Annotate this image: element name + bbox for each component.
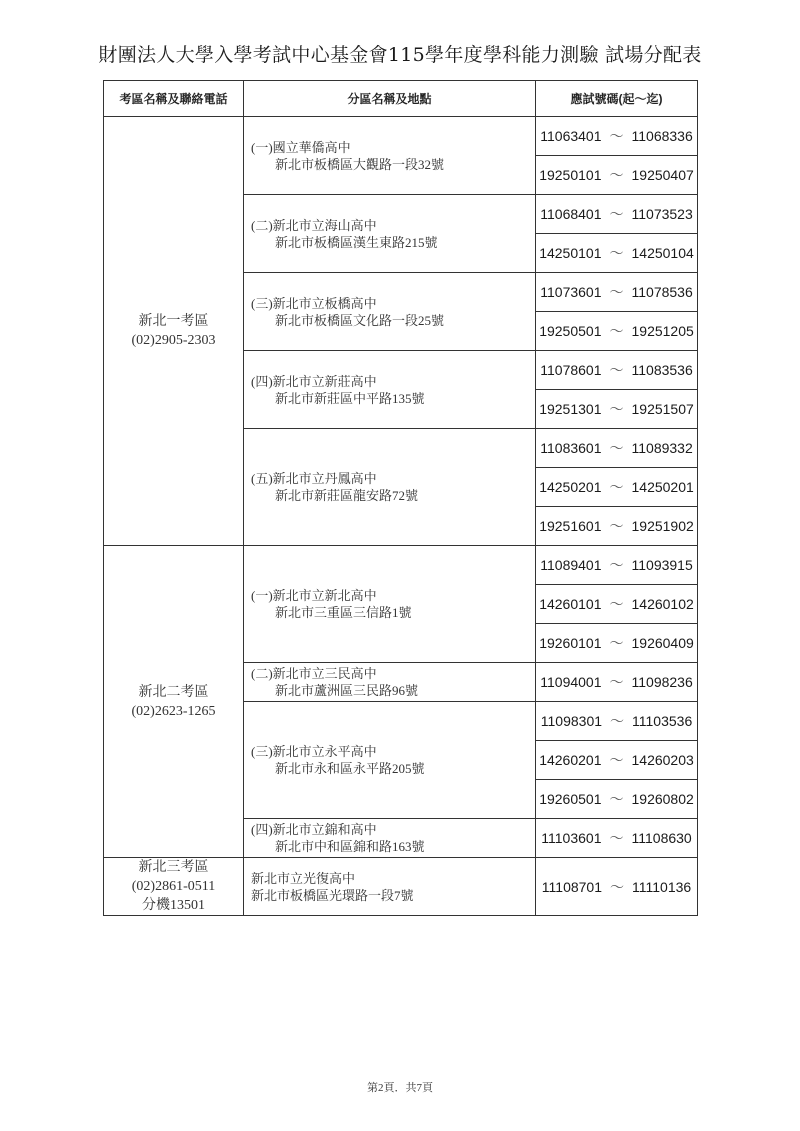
range-start: 19250501 <box>539 323 601 339</box>
range-end: 14260203 <box>632 752 694 768</box>
school-address: 新北市板橋區大觀路一段32號 <box>251 156 535 173</box>
range-end: 11068336 <box>632 128 693 144</box>
range-separator: ～ <box>602 672 632 692</box>
range-start: 14250101 <box>539 245 601 261</box>
exam-number-range: 19251601～19251902 <box>536 507 698 546</box>
table-row: 新北一考區 (02)2905-2303(一)國立華僑高中 新北市板橋區大觀路一段… <box>104 117 698 156</box>
range-start: 19260101 <box>539 635 601 651</box>
exam-number-range: 19250501～19251205 <box>536 312 698 351</box>
exam-number-range: 11078601～11083536 <box>536 351 698 390</box>
range-start: 11083601 <box>540 440 601 456</box>
district-phone: (02)2861-0511 <box>104 877 243 896</box>
school-address: 新北市中和區錦和路163號 <box>251 838 535 855</box>
school-address: 新北市永和區永平路205號 <box>251 760 535 777</box>
school-name: (四)新北市立新莊高中 <box>251 373 535 390</box>
range-separator: ～ <box>602 282 632 302</box>
school-name: (二)新北市立海山高中 <box>251 217 535 234</box>
school-address: 新北市新莊區龍安路72號 <box>251 487 535 504</box>
school-address: 新北市板橋區漢生東路215號 <box>251 234 535 251</box>
range-separator: ～ <box>602 204 632 224</box>
range-separator: ～ <box>602 555 632 575</box>
exam-number-range: 11103601～11108630 <box>536 819 698 858</box>
exam-number-range: 11089401～11093915 <box>536 546 698 585</box>
range-end: 11083536 <box>632 362 693 378</box>
school-cell: (五)新北市立丹鳳高中 新北市新莊區龍安路72號 <box>244 429 536 546</box>
range-separator: ～ <box>602 321 632 341</box>
exam-number-range: 11094001～11098236 <box>536 663 698 702</box>
exam-number-range: 14260201～14260203 <box>536 741 698 780</box>
district-phone: (02)2905-2303 <box>104 331 243 350</box>
district-extension: 分機13501 <box>104 896 243 915</box>
school-name: 新北市立光復高中 <box>251 870 535 887</box>
range-separator: ～ <box>602 516 632 536</box>
district-name: 新北三考區 <box>104 858 243 877</box>
range-separator: ～ <box>602 477 632 497</box>
document-title: 財團法人大學入學考試中心基金會115學年度學科能力測驗 試場分配表 <box>0 40 800 67</box>
range-separator: ～ <box>602 399 632 419</box>
exam-number-range: 11108701～11110136 <box>536 858 698 916</box>
range-start: 19250101 <box>539 167 601 183</box>
range-start: 11073601 <box>540 284 601 300</box>
school-name: (五)新北市立丹鳳高中 <box>251 470 535 487</box>
range-end: 19260802 <box>632 791 694 807</box>
range-separator: ～ <box>602 828 632 848</box>
range-end: 11093915 <box>632 557 693 573</box>
school-cell: (四)新北市立錦和高中 新北市中和區錦和路163號 <box>244 819 536 858</box>
range-separator: ～ <box>602 243 632 263</box>
range-separator: ～ <box>602 711 632 731</box>
school-address: 新北市三重區三信路1號 <box>251 604 535 621</box>
range-start: 11098301 <box>541 713 602 729</box>
range-start: 19260501 <box>539 791 601 807</box>
range-end: 14260102 <box>632 596 694 612</box>
exam-number-range: 19251301～19251507 <box>536 390 698 429</box>
range-start: 11063401 <box>540 128 601 144</box>
table-body: 新北一考區 (02)2905-2303(一)國立華僑高中 新北市板橋區大觀路一段… <box>104 117 698 916</box>
exam-number-range: 14250101～14250104 <box>536 234 698 273</box>
range-end: 11103536 <box>632 713 692 729</box>
school-cell: (三)新北市立永平高中 新北市永和區永平路205號 <box>244 702 536 819</box>
school-name: (四)新北市立錦和高中 <box>251 821 535 838</box>
range-start: 11078601 <box>540 362 601 378</box>
range-end: 11078536 <box>632 284 693 300</box>
table-row: 新北三考區 (02)2861-0511分機13501新北市立光復高中 新北市板橋… <box>104 858 698 916</box>
school-cell: (一)新北市立新北高中 新北市三重區三信路1號 <box>244 546 536 663</box>
school-name: (二)新北市立三民高中 <box>251 665 535 682</box>
exam-number-range: 11063401～11068336 <box>536 117 698 156</box>
exam-site-allocation-table: 考區名稱及聯絡電話 分區名稱及地點 應試號碼(起～迄) 新北一考區 (02)29… <box>103 80 698 916</box>
school-cell: (二)新北市立三民高中 新北市蘆洲區三民路96號 <box>244 663 536 702</box>
school-name: (三)新北市立板橋高中 <box>251 295 535 312</box>
range-end: 19251902 <box>632 518 694 534</box>
range-start: 19251601 <box>539 518 601 534</box>
range-end: 19251205 <box>632 323 694 339</box>
district-cell: 新北二考區 (02)2623-1265 <box>104 546 244 858</box>
range-start: 11094001 <box>540 674 601 690</box>
exam-number-range: 19260101～19260409 <box>536 624 698 663</box>
range-start: 11108701 <box>542 879 602 895</box>
school-name: (三)新北市立永平高中 <box>251 743 535 760</box>
range-start: 14260101 <box>539 596 601 612</box>
range-end: 19250407 <box>632 167 694 183</box>
header-site: 分區名稱及地點 <box>244 81 536 117</box>
school-name: (一)新北市立新北高中 <box>251 587 535 604</box>
exam-number-range: 11083601～11089332 <box>536 429 698 468</box>
exam-number-range: 14250201～14250201 <box>536 468 698 507</box>
range-start: 11089401 <box>540 557 601 573</box>
exam-number-range: 11068401～11073523 <box>536 195 698 234</box>
range-start: 19251301 <box>539 401 601 417</box>
range-end: 11073523 <box>632 206 693 222</box>
header-district: 考區名稱及聯絡電話 <box>104 81 244 117</box>
range-separator: ～ <box>602 165 632 185</box>
range-start: 14250201 <box>539 479 601 495</box>
school-address: 新北市蘆洲區三民路96號 <box>251 682 535 699</box>
range-separator: ～ <box>602 633 632 653</box>
exam-number-range: 19250101～19250407 <box>536 156 698 195</box>
school-address: 新北市新莊區中平路135號 <box>251 390 535 407</box>
range-separator: ～ <box>602 360 632 380</box>
range-start: 14260201 <box>539 752 601 768</box>
district-name: 新北一考區 <box>104 312 243 331</box>
range-start: 11068401 <box>540 206 601 222</box>
school-cell: 新北市立光復高中 新北市板橋區光環路一段7號 <box>244 858 536 916</box>
district-name: 新北二考區 <box>104 683 243 702</box>
range-separator: ～ <box>602 789 632 809</box>
table-header-row: 考區名稱及聯絡電話 分區名稱及地點 應試號碼(起～迄) <box>104 81 698 117</box>
range-end: 11110136 <box>632 879 691 895</box>
exam-number-range: 11098301～11103536 <box>536 702 698 741</box>
district-cell: 新北三考區 (02)2861-0511分機13501 <box>104 858 244 916</box>
range-end: 11098236 <box>632 674 693 690</box>
range-end: 11089332 <box>632 440 693 456</box>
school-cell: (一)國立華僑高中 新北市板橋區大觀路一段32號 <box>244 117 536 195</box>
exam-number-range: 19260501～19260802 <box>536 780 698 819</box>
header-exam-numbers: 應試號碼(起～迄) <box>536 81 698 117</box>
district-phone: (02)2623-1265 <box>104 702 243 721</box>
page-number: 第2頁．共7頁 <box>0 1079 800 1095</box>
range-separator: ～ <box>602 126 632 146</box>
range-end: 14250201 <box>632 479 694 495</box>
range-separator: ～ <box>602 750 632 770</box>
range-separator: ～ <box>602 877 632 897</box>
range-end: 11108630 <box>632 830 692 846</box>
school-cell: (三)新北市立板橋高中 新北市板橋區文化路一段25號 <box>244 273 536 351</box>
school-address: 新北市板橋區光環路一段7號 <box>251 887 535 904</box>
range-end: 19251507 <box>632 401 694 417</box>
school-name: (一)國立華僑高中 <box>251 139 535 156</box>
table-row: 新北二考區 (02)2623-1265(一)新北市立新北高中 新北市三重區三信路… <box>104 546 698 585</box>
range-separator: ～ <box>602 594 632 614</box>
school-cell: (四)新北市立新莊高中 新北市新莊區中平路135號 <box>244 351 536 429</box>
range-start: 11103601 <box>541 830 601 846</box>
school-cell: (二)新北市立海山高中 新北市板橋區漢生東路215號 <box>244 195 536 273</box>
school-address: 新北市板橋區文化路一段25號 <box>251 312 535 329</box>
range-separator: ～ <box>602 438 632 458</box>
district-cell: 新北一考區 (02)2905-2303 <box>104 117 244 546</box>
exam-number-range: 11073601～11078536 <box>536 273 698 312</box>
range-end: 14250104 <box>632 245 694 261</box>
exam-number-range: 14260101～14260102 <box>536 585 698 624</box>
range-end: 19260409 <box>632 635 694 651</box>
